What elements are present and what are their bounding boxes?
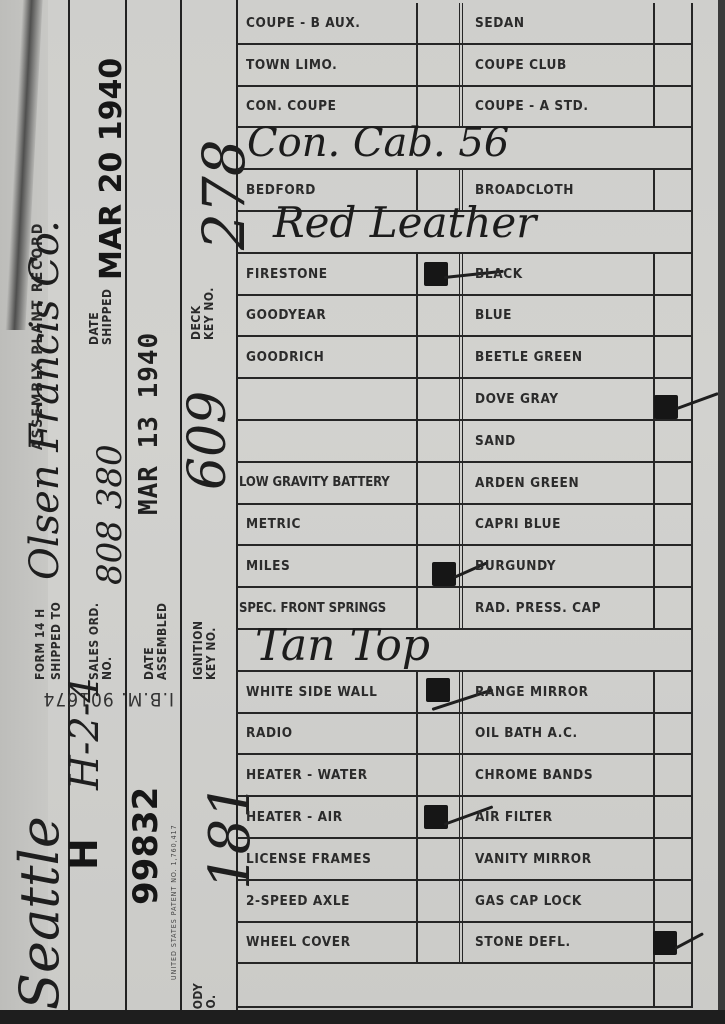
option-checkbox[interactable] — [418, 714, 463, 754]
blank-cell — [237, 964, 655, 1006]
card-right-edge — [718, 0, 725, 1024]
grid-row: FIRESTONE BLACK — [237, 254, 693, 296]
grid-row: METRIC CAPRI BLUE — [237, 505, 693, 547]
option-label: WHITE SIDE WALL — [246, 684, 377, 700]
option-label: GOODRICH — [246, 349, 324, 365]
option-label: OIL BATH A.C. — [475, 725, 578, 741]
date-assembled-label: DATE ASSEMBLED — [143, 580, 169, 680]
option-checkbox[interactable] — [418, 923, 463, 963]
grid-row: GOODYEAR BLUE — [237, 296, 693, 338]
option-checkbox[interactable] — [655, 128, 693, 168]
deck-key-label: DECK KEY NO. — [190, 280, 216, 340]
option-label: AIR FILTER — [475, 809, 553, 825]
body-type-handwritten: Con. Cab. 56 — [247, 120, 509, 166]
option-label: SEDAN — [475, 15, 525, 31]
option-label: LICENSE FRAMES — [246, 851, 372, 867]
upholstery-handwritten: Red Leather — [273, 198, 536, 247]
option-checkbox[interactable] — [655, 463, 693, 503]
option-checkbox[interactable] — [418, 881, 463, 921]
option-checkbox-checked[interactable] — [418, 546, 463, 586]
grid-row: COUPE - B AUX. SEDAN — [237, 3, 693, 45]
option-checkbox[interactable] — [655, 630, 693, 670]
option-label: STONE DEFL. — [475, 934, 571, 950]
option-checkbox-checked[interactable] — [418, 797, 463, 837]
option-label: WHEEL COVER — [246, 934, 351, 950]
sales-order-value: 808 380 — [90, 444, 130, 585]
option-checkbox[interactable] — [655, 714, 693, 754]
option-checkbox[interactable] — [655, 755, 693, 795]
option-checkbox[interactable] — [418, 3, 463, 43]
option-checkbox-checked[interactable] — [655, 379, 693, 419]
option-checkbox[interactable] — [655, 296, 693, 336]
option-label: HEATER - AIR — [246, 809, 343, 825]
option-checkbox[interactable] — [655, 588, 693, 628]
check-mark-icon — [654, 395, 678, 419]
grid-row-blank — [237, 964, 693, 1008]
date-assembled-value: MAR 13 1940 — [134, 332, 164, 515]
option-label: RADIO — [246, 725, 293, 741]
ignition-key-value: 609 — [178, 391, 238, 490]
option-checkbox[interactable] — [655, 797, 693, 837]
serial-stamp: 99832 — [126, 787, 166, 905]
grid-row: SAND — [237, 421, 693, 463]
option-checkbox[interactable] — [655, 881, 693, 921]
option-label: DOVE GRAY — [475, 391, 559, 407]
option-checkbox[interactable] — [655, 546, 693, 586]
option-label: VANITY MIRROR — [475, 851, 592, 867]
option-label: RANGE MIRROR — [475, 684, 589, 700]
option-label: METRIC — [246, 516, 301, 532]
option-checkbox[interactable] — [655, 3, 693, 43]
options-grid: COUPE - B AUX. SEDAN TOWN LIMO. COUPE CL… — [237, 3, 693, 1008]
option-checkbox[interactable] — [655, 254, 693, 294]
option-label: GAS CAP LOCK — [475, 893, 582, 909]
grid-row: TOWN LIMO. COUPE CLUB — [237, 45, 693, 87]
option-checkbox[interactable] — [655, 964, 693, 1006]
option-checkbox[interactable] — [655, 212, 693, 252]
option-label: BLUE — [475, 307, 512, 323]
option-label: COUPE CLUB — [475, 57, 567, 73]
option-checkbox-checked[interactable] — [418, 672, 463, 712]
shipped-to-value: Olsen Francis Co. — [22, 220, 68, 580]
grid-row: DOVE GRAY — [237, 379, 693, 421]
option-label: SAND — [475, 433, 516, 449]
option-checkbox[interactable] — [418, 45, 463, 85]
option-checkbox[interactable] — [418, 839, 463, 879]
grid-row: GOODRICH BEETLE GREEN — [237, 337, 693, 379]
grid-row: RADIO OIL BATH A.C. — [237, 714, 693, 756]
grid-row-handwritten: Tan Top — [237, 630, 693, 672]
option-label: BEDFORD — [246, 182, 316, 198]
date-shipped-value: MAR 20 1940 — [94, 58, 129, 280]
option-checkbox[interactable] — [655, 45, 693, 85]
check-mark-icon — [424, 262, 448, 286]
grid-row: WHEEL COVER STONE DEFL. — [237, 923, 693, 965]
option-label: GOODYEAR — [246, 307, 326, 323]
option-label: FIRESTONE — [246, 266, 328, 282]
option-label: TOWN LIMO. — [246, 57, 337, 73]
option-label: COUPE - A STD. — [475, 98, 589, 114]
option-checkbox[interactable] — [655, 170, 693, 210]
option-label: BURGUNDY — [475, 558, 556, 574]
option-checkbox[interactable] — [418, 296, 463, 336]
body-no-label: BODY NO. — [192, 958, 218, 1018]
option-label: 2-SPEED AXLE — [246, 893, 350, 909]
option-label: RAD. PRESS. CAP — [475, 600, 601, 616]
grid-row: 2-SPEED AXLE GAS CAP LOCK — [237, 881, 693, 923]
option-label: LOW GRAVITY BATTERY — [239, 475, 390, 490]
option-checkbox[interactable] — [655, 421, 693, 461]
patent-text: UNITED STATES PATENT NO. 1,760,417 — [170, 824, 178, 980]
destination-handwritten: Seattle — [8, 816, 71, 1010]
option-checkbox[interactable] — [418, 337, 463, 377]
grid-row-handwritten: Red Leather — [237, 212, 693, 254]
option-label: BEETLE GREEN — [475, 349, 583, 365]
code-handwritten: H-2-4 — [62, 677, 108, 790]
grid-row: WHITE SIDE WALL RANGE MIRROR — [237, 672, 693, 714]
grid-row: LOW GRAVITY BATTERY ARDEN GREEN — [237, 463, 693, 505]
option-checkbox[interactable] — [418, 379, 463, 419]
card-bottom-edge — [0, 1010, 725, 1024]
option-checkbox-checked[interactable] — [418, 254, 463, 294]
option-label: MILES — [246, 558, 290, 574]
option-checkbox[interactable] — [418, 421, 463, 461]
grid-row: MILES BURGUNDY — [237, 546, 693, 588]
date-shipped-label: DATE SHIPPED — [88, 285, 114, 345]
option-checkbox[interactable] — [418, 463, 463, 503]
option-checkbox[interactable] — [418, 755, 463, 795]
shipped-to-label: SHIPPED TO — [50, 602, 63, 680]
option-label: COUPE - B AUX. — [246, 15, 361, 31]
option-checkbox-checked[interactable] — [655, 923, 693, 963]
column-rule-3 — [180, 0, 182, 1010]
top-handwritten: Tan Top — [255, 620, 430, 671]
option-label: HEATER - WATER — [246, 767, 368, 783]
grid-row: LICENSE FRAMES VANITY MIRROR — [237, 839, 693, 881]
grid-row: HEATER - AIR AIR FILTER — [237, 797, 693, 839]
option-label: CHROME BANDS — [475, 767, 593, 783]
form-number-text: FORM 14 H — [33, 608, 47, 680]
ignition-key-label: IGNITION KEY NO. — [192, 600, 218, 680]
option-label: BROADCLOTH — [475, 182, 574, 198]
form-number: FORM 14 H — [34, 590, 47, 680]
option-checkbox[interactable] — [418, 505, 463, 545]
option-label: CAPRI BLUE — [475, 516, 561, 532]
option-checkbox[interactable] — [655, 87, 693, 127]
option-checkbox[interactable] — [655, 672, 693, 712]
option-label: SPEC. FRONT SPRINGS — [239, 601, 386, 616]
sales-order-label: SALES ORD. NO. — [88, 600, 114, 680]
check-mark-icon — [653, 931, 677, 955]
option-checkbox[interactable] — [655, 337, 693, 377]
option-checkbox[interactable] — [655, 839, 693, 879]
option-label: CON. COUPE — [246, 98, 337, 114]
grid-row-handwritten: Con. Cab. 56 — [237, 128, 693, 170]
option-label: BLACK — [475, 266, 523, 282]
grid-row: HEATER - WATER CHROME BANDS — [237, 755, 693, 797]
option-label: ARDEN GREEN — [475, 475, 579, 491]
check-mark-icon — [432, 562, 456, 586]
check-mark-icon — [426, 678, 450, 702]
option-checkbox[interactable] — [655, 505, 693, 545]
